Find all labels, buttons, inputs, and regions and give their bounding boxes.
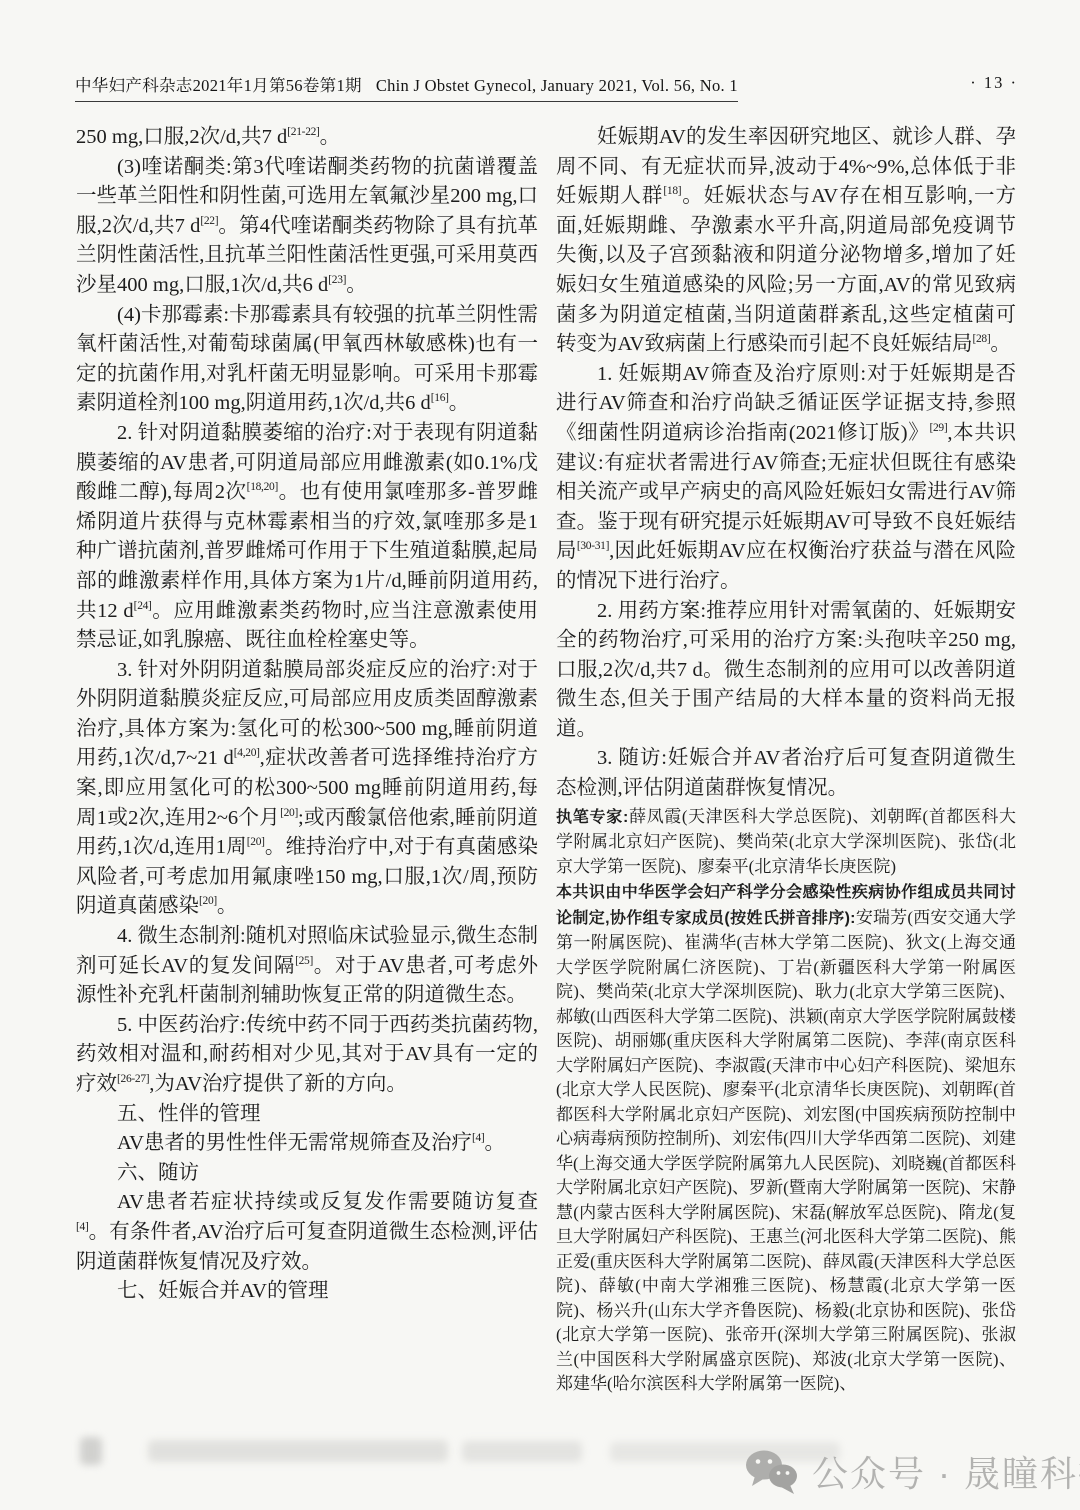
- paragraph: 2. 针对阴道黏膜萎缩的治疗:对于表现有阴道黏膜萎缩的AV患者,可阴道局部应用雌…: [76, 419, 538, 656]
- reference-superscript: [20]: [199, 896, 217, 908]
- text-run: ,因此妊娠期AV应在权衡治疗获益与潜在风险的情况下进行治疗。: [556, 540, 1016, 592]
- reference-superscript: [18]: [663, 185, 681, 197]
- paragraph: 妊娠期AV的发生率因研究地区、就诊人群、孕周不同、有无症状而异,波动于4%~9%…: [556, 123, 1016, 360]
- paragraph: AV患者的男性性伴无需常规筛查及治疗[4]。: [76, 1129, 538, 1159]
- blurred-watermark: [148, 1440, 448, 1462]
- text-run: 六、随访: [117, 1162, 199, 1184]
- reference-superscript: [23]: [328, 274, 346, 286]
- paragraph: 4. 微生态制剂:随机对照临床试验显示,微生态制剂可延长AV的复发间隔[25]。…: [76, 922, 538, 1011]
- paragraph: 3. 针对外阴阴道黏膜局部炎症反应的治疗:对于外阴阴道黏膜炎症反应,可局部应用皮…: [76, 656, 538, 922]
- paragraph: 2. 用药方案:推荐应用针对需氧菌的、妊娠期安全的药物治疗,可采用的治疗方案:头…: [556, 597, 1016, 745]
- paragraph: 1. 妊娠期AV筛查及治疗原则:对于妊娠期是否进行AV筛查和治疗尚缺乏循证医学证…: [556, 360, 1016, 597]
- text-run: ,为AV治疗提供了新的方向。: [149, 1073, 407, 1095]
- text-run: 安瑞芳(西安交通大学第一附属医院)、崔满华(吉林大学第二医院)、狄文(上海交通大…: [556, 908, 1016, 1394]
- text-run: 。有条件者,AV治疗后可复查阴道微生态检测,评估阴道菌群恢复情况及疗效。: [76, 1221, 538, 1273]
- wechat-watermark: 公众号 · 晟瞳科技: [744, 1446, 1080, 1497]
- blurred-watermark: [462, 1441, 582, 1462]
- reference-superscript: [4]: [472, 1132, 484, 1144]
- reference-superscript: [28]: [972, 333, 990, 345]
- reference-superscript: [16]: [431, 393, 449, 405]
- text-run: 。: [990, 333, 1011, 355]
- text-run: 。: [449, 392, 470, 414]
- reference-superscript: [26-27]: [117, 1073, 149, 1085]
- left-column: 250 mg,口服,2次/d,共7 d[21-22]。(3)喹诺酮类:第3代喹诺…: [76, 123, 538, 1307]
- text-run: 。: [346, 274, 367, 296]
- text-run: 。: [484, 1132, 505, 1154]
- text-run: 。妊娠状态与AV存在相互影响,一方面,妊娠期雌、孕激素水平升高,阴道局部免疫调节…: [556, 185, 1016, 355]
- paragraph: 250 mg,口服,2次/d,共7 d[21-22]。: [76, 123, 538, 153]
- paragraph: 六、随访: [76, 1159, 538, 1189]
- page-header: 中华妇产科杂志2021年1月第56卷第1期Chin J Obstet Gynec…: [75, 72, 1018, 102]
- text-run: 2. 用药方案:推荐应用针对需氧菌的、妊娠期安全的药物治疗,可采用的治疗方案:头…: [556, 600, 1016, 740]
- reference-superscript: [29]: [929, 422, 947, 434]
- reference-superscript: [4,20]: [234, 748, 260, 760]
- journal-page: 中华妇产科杂志2021年1月第56卷第1期Chin J Obstet Gynec…: [0, 0, 1080, 1510]
- paragraph: AV患者若症状持续或反复发作需要随访复查[4]。有条件者,AV治疗后可复查阴道微…: [76, 1188, 538, 1277]
- reference-superscript: [24]: [134, 600, 152, 612]
- reference-superscript: [25]: [295, 955, 313, 967]
- reference-superscript: [30-31]: [577, 540, 609, 552]
- text-run: 250 mg,口服,2次/d,共7 d: [76, 126, 287, 148]
- text-run: AV患者若症状持续或反复发作需要随访复查: [117, 1191, 538, 1213]
- reference-superscript: [18,20]: [247, 481, 278, 493]
- paragraph: 五、性伴的管理: [76, 1100, 538, 1130]
- paragraph: (4)卡那霉素:卡那霉素具有较强的抗革兰阴性需氧杆菌活性,对葡萄球菌属(甲氧西林…: [76, 301, 538, 419]
- paragraph: 5. 中医药治疗:传统中药不同于西药类抗菌药物,药效相对温和,耐药相对少见,其对…: [76, 1011, 538, 1100]
- reference-superscript: [20]: [280, 807, 298, 819]
- reference-superscript: [22]: [200, 215, 218, 227]
- paragraph: 本共识由中华医学会妇产科学分会感染性疾病协作组成员共同讨论制定,协作组专家成员(…: [556, 880, 1016, 1397]
- reference-superscript: [4]: [76, 1221, 88, 1233]
- wechat-icon: [744, 1448, 800, 1496]
- journal-title-en: Chin J Obstet Gynecol, January 2021, Vol…: [376, 76, 738, 95]
- blurred-watermark: [80, 1437, 102, 1465]
- wechat-watermark-label: 公众号 · 晟瞳科技: [812, 1446, 1080, 1497]
- right-column: 妊娠期AV的发生率因研究地区、就诊人群、孕周不同、有无症状而异,波动于4%~9%…: [556, 123, 1016, 1397]
- journal-title-cn: 中华妇产科杂志2021年1月第56卷第1期: [75, 76, 362, 95]
- bold-label: 执笔专家:: [556, 809, 629, 826]
- reference-superscript: [21-22]: [287, 126, 319, 138]
- text-run: AV患者的男性性伴无需常规筛查及治疗: [117, 1132, 472, 1154]
- reference-superscript: [20]: [247, 836, 265, 848]
- paragraph: (3)喹诺酮类:第3代喹诺酮类药物的抗菌谱覆盖一些革兰阳性和阴性菌,可选用左氧氟…: [76, 153, 538, 301]
- paragraph: 执笔专家:薛凤霞(天津医科大学总医院)、刘朝晖(首都医科大学附属北京妇产医院)、…: [556, 805, 1016, 880]
- running-head: 中华妇产科杂志2021年1月第56卷第1期Chin J Obstet Gynec…: [75, 72, 738, 102]
- page-number: · 13 ·: [970, 73, 1018, 93]
- text-run: 五、性伴的管理: [117, 1103, 261, 1125]
- text-run: 。: [320, 126, 341, 148]
- text-run: 七、妊娠合并AV的管理: [117, 1280, 328, 1302]
- text-run: 。: [217, 895, 238, 917]
- text-run: 3. 随访:妊娠合并AV者治疗后可复查阴道微生态检测,评估阴道菌群恢复情况。: [556, 747, 1016, 799]
- paragraph: 七、妊娠合并AV的管理: [76, 1277, 538, 1307]
- paragraph: 3. 随访:妊娠合并AV者治疗后可复查阴道微生态检测,评估阴道菌群恢复情况。: [556, 744, 1016, 803]
